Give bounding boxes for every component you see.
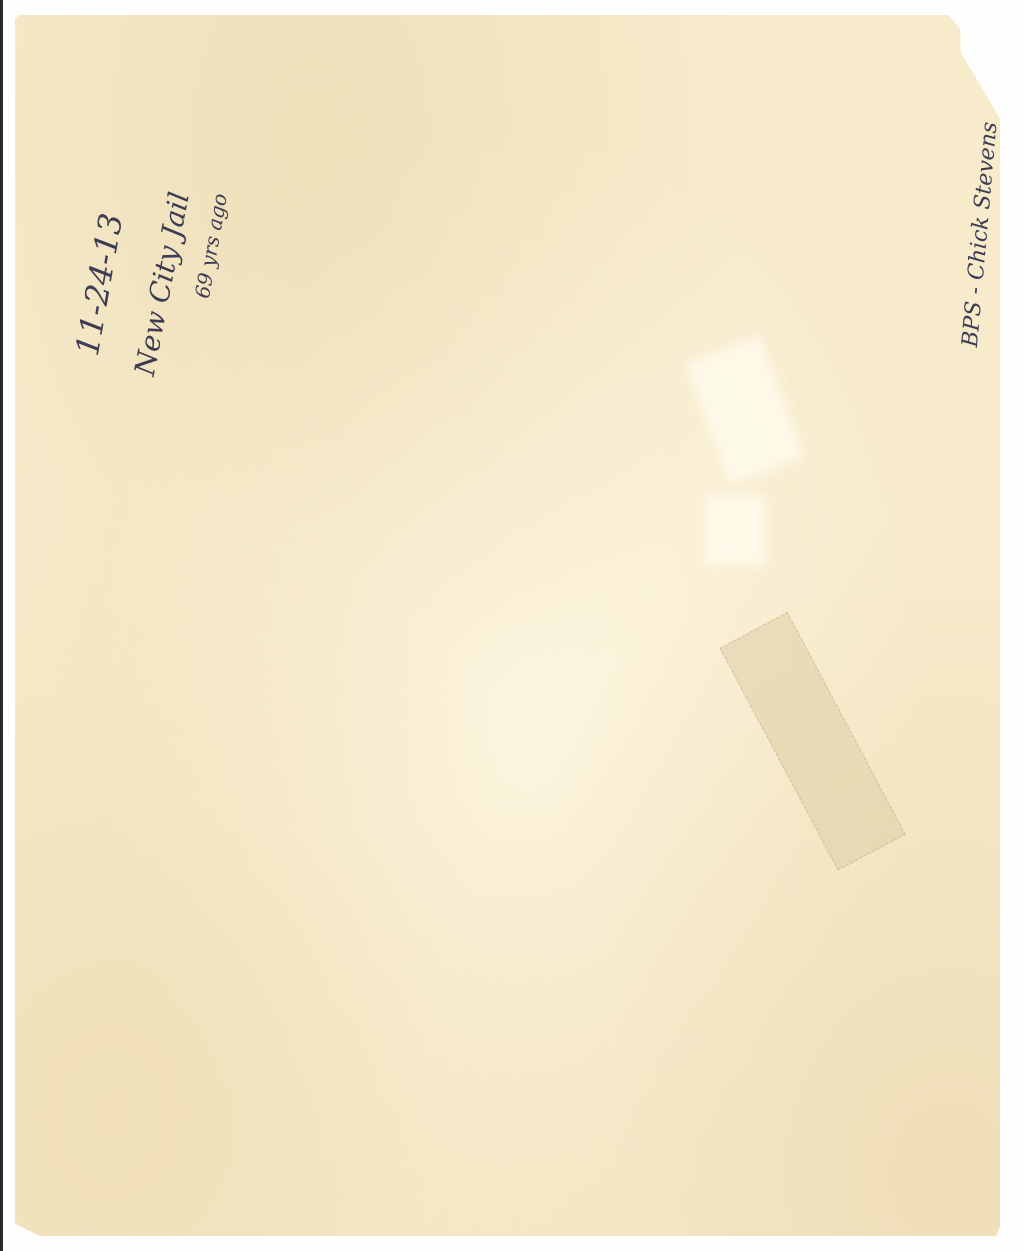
abrasion-mark [685, 335, 805, 485]
scanner-edge [0, 0, 3, 1251]
abrasion-mark [705, 495, 765, 565]
tape-residue [720, 612, 906, 871]
